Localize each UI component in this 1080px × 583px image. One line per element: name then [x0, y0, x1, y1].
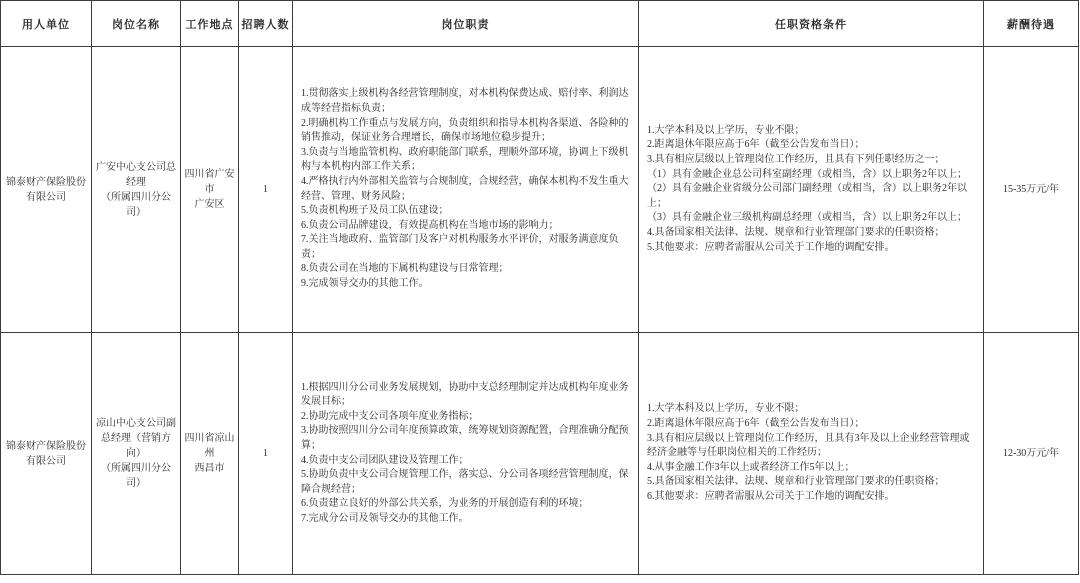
cell-position: 凉山中心支公司副总经理（营销方向） （所属四川分公司）	[92, 333, 181, 575]
header-duties: 岗位职责	[293, 1, 639, 47]
cell-qualifications: 1.大学本科及以上学历，专业不限； 2.距离退休年限应高于6年（截至公告发布当日…	[639, 333, 984, 575]
recruitment-table: 用人单位 岗位名称 工作地点 招聘人数 岗位职责 任职资格条件 薪酬待遇 锦泰财…	[0, 0, 1079, 575]
cell-employer: 锦泰财产保险股份 有限公司	[1, 47, 92, 333]
header-row: 用人单位 岗位名称 工作地点 招聘人数 岗位职责 任职资格条件 薪酬待遇	[1, 1, 1079, 47]
cell-salary: 12-30万元/年	[984, 333, 1079, 575]
cell-headcount: 1	[239, 333, 293, 575]
recruitment-table-page: 用人单位 岗位名称 工作地点 招聘人数 岗位职责 任职资格条件 薪酬待遇 锦泰财…	[0, 0, 1080, 583]
header-qualifications: 任职资格条件	[639, 1, 984, 47]
cell-location: 四川省凉山州 西昌市	[181, 333, 239, 575]
cell-salary: 15-35万元/年	[984, 47, 1079, 333]
cell-duties: 1.贯彻落实上级机构各经营管理制度，对本机构保费达成、赔付率、利润达成等经营指标…	[293, 47, 639, 333]
header-employer: 用人单位	[1, 1, 92, 47]
table-row: 锦泰财产保险股份 有限公司 广安中心支公司总经理 （所属四川分公司） 四川省广安…	[1, 47, 1079, 333]
header-salary: 薪酬待遇	[984, 1, 1079, 47]
cell-employer: 锦泰财产保险股份 有限公司	[1, 333, 92, 575]
cell-headcount: 1	[239, 47, 293, 333]
cell-qualifications: 1.大学本科及以上学历，专业不限； 2.距离退休年限应高于6年（截至公告发布当日…	[639, 47, 984, 333]
header-position: 岗位名称	[92, 1, 181, 47]
cell-duties: 1.根据四川分公司业务发展规划，协助中支总经理制定并达成机构年度业务发展目标； …	[293, 333, 639, 575]
header-headcount: 招聘人数	[239, 1, 293, 47]
cell-location: 四川省广安市 广安区	[181, 47, 239, 333]
cell-position: 广安中心支公司总经理 （所属四川分公司）	[92, 47, 181, 333]
table-row: 锦泰财产保险股份 有限公司 凉山中心支公司副总经理（营销方向） （所属四川分公司…	[1, 333, 1079, 575]
header-location: 工作地点	[181, 1, 239, 47]
